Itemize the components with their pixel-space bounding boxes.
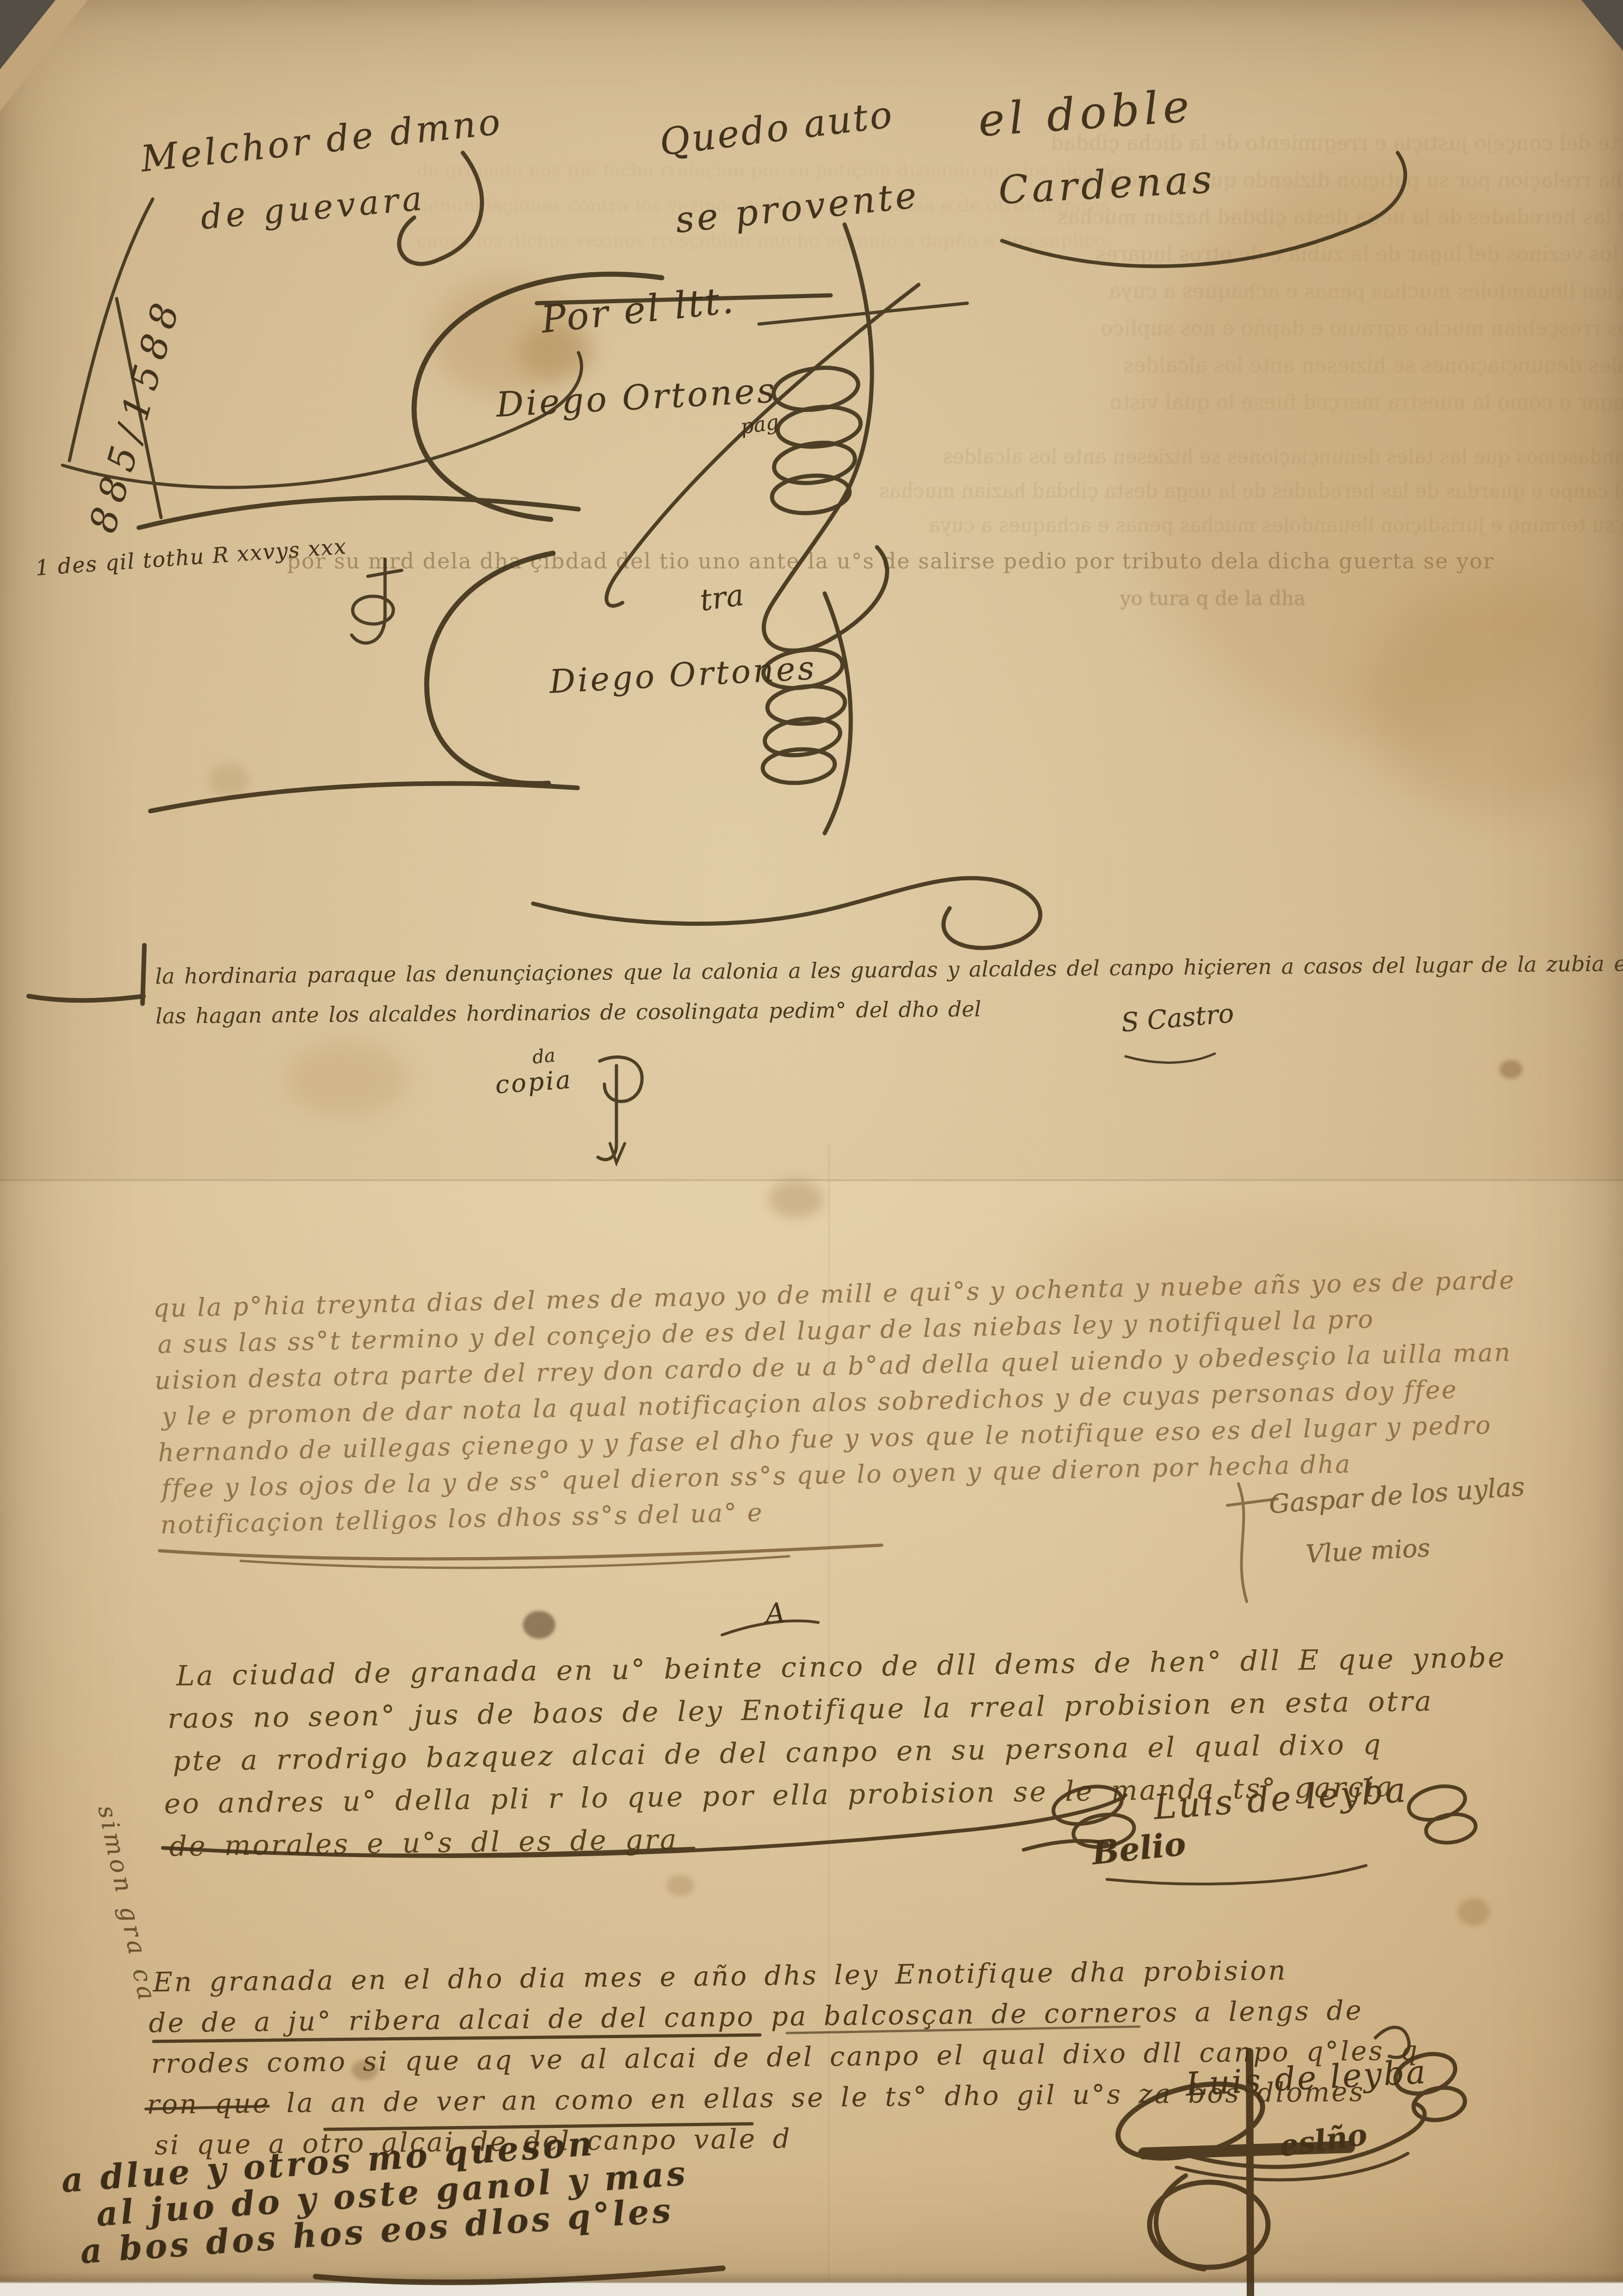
rubric-loop: [771, 473, 851, 516]
decree-paragraph: la hordinaria paraque las denunçiaçiones…: [155, 942, 1623, 1036]
bleed-row: de su termino e jurisdiçion lleuandoles …: [1051, 273, 1623, 310]
rubric: [764, 225, 887, 650]
fold-crease-horizontal: [0, 1179, 1623, 1182]
archival-number-rotated: 885/1588: [81, 291, 190, 537]
rubric-loop: [763, 714, 843, 760]
rubric-loop: [771, 438, 858, 488]
bleed-line: por su mrd dela dha çibdad del tio uno a…: [287, 549, 1494, 574]
rubric-loop: [1150, 2182, 1268, 2267]
bleed-row: de su termino e jurisdiçion lleuandoles …: [879, 508, 1623, 543]
copy-note-copia: copia: [494, 1065, 573, 1099]
bracket: [29, 945, 144, 1004]
rubric-loop: [776, 403, 863, 450]
bleedthrough-block-mid: mandasemos que las tales denunçiaçiones …: [879, 440, 1623, 543]
stain: [1134, 162, 1620, 741]
copy-note-da: da: [531, 1045, 556, 1068]
top-right-signature-line2: Cardenas: [997, 156, 1217, 212]
bleed-row: mandasemos que las tales denunçiaçiones …: [1051, 347, 1623, 384]
flourish: [607, 285, 919, 606]
docket2-line2: Diego Ortones: [548, 649, 817, 701]
rubric: [352, 559, 402, 643]
rubric: [825, 593, 851, 833]
gaspar-signature-line2: Vlue mios: [1305, 1533, 1431, 1569]
docket1-line1: Por el ltt.: [539, 278, 737, 341]
rubric: [610, 1143, 625, 1163]
docket1-line2: Diego Ortones: [495, 370, 778, 425]
stain: [208, 764, 250, 796]
bleed-row: mandasemos que las tales denunçiaçiones …: [879, 440, 1623, 474]
scanner-corner-top-right: [1572, 0, 1623, 60]
rubric: [533, 878, 1040, 948]
scanner-strip-bottom: [0, 2282, 1623, 2296]
rubric-loop: [766, 683, 846, 727]
bleedthrough-line-main: por su mrd dela dha çibdad del tio uno a…: [287, 549, 1494, 574]
manuscript-page: dio he li que por quanto por parte del c…: [0, 0, 1623, 2296]
paragraph-mark: A: [765, 1597, 786, 1629]
stain: [666, 1875, 694, 1896]
rubric: [139, 498, 578, 528]
bleed-row: causa los dichos vezinos rresçebian much…: [1051, 310, 1623, 347]
stain: [1365, 579, 1623, 810]
scanner-corner-top-left: [0, 0, 79, 97]
bleed-row: denunçiaçiones contra los vezinos del lu…: [1051, 236, 1623, 273]
rubric-loop: [353, 596, 393, 624]
top-right-signature-line1: el doble: [976, 80, 1195, 146]
rubric: [1107, 1865, 1366, 1884]
stain: [287, 1042, 407, 1116]
granada-paragraph-2: En granada en el dho dia mes e año dhs l…: [153, 1948, 1420, 2165]
bleed-line: yo tura q de la dha: [1120, 587, 1306, 610]
rubric: [150, 784, 578, 811]
rubric: [1156, 2176, 1204, 2269]
stain: [1458, 1898, 1490, 1926]
fee-note: 1 des qil tothu R xxvys xxx: [35, 534, 348, 580]
stain: [768, 1180, 824, 1217]
simon-vertical-note: simon gra ca: [92, 1803, 161, 2006]
top-center-note-line2: se provente: [673, 175, 921, 242]
rubric: [427, 553, 553, 784]
top-left-inscription-line1: Melchor de dmno: [139, 101, 505, 181]
granada-paragraph-1: La ciudad de granada en u° beinte cinco …: [176, 1636, 1509, 1868]
docket2-line1: tra: [698, 578, 746, 618]
rubric-loop: [771, 363, 861, 415]
rubric-loop: [762, 747, 836, 786]
bleedthrough-line-sub: yo tura q de la dha: [1120, 587, 1306, 610]
torn-corner-paper: [0, 0, 130, 157]
underline: [1126, 1054, 1215, 1063]
stain: [1499, 1060, 1523, 1079]
underline: [241, 1556, 789, 1568]
underline: [160, 1545, 882, 1559]
bleed-row: del canpo e guardas de las heredades de …: [879, 474, 1623, 508]
ink-blot: [523, 1611, 555, 1639]
pag-mark: pag: [739, 411, 780, 439]
top-center-note-line1: Quedo auto: [657, 93, 896, 164]
top-left-inscription-line2: de guevara: [199, 179, 427, 237]
flourish: [759, 303, 967, 324]
bleed-row: hordinarios del dicho lugar o como la nu…: [1051, 384, 1623, 421]
rubric: [598, 1057, 642, 1159]
